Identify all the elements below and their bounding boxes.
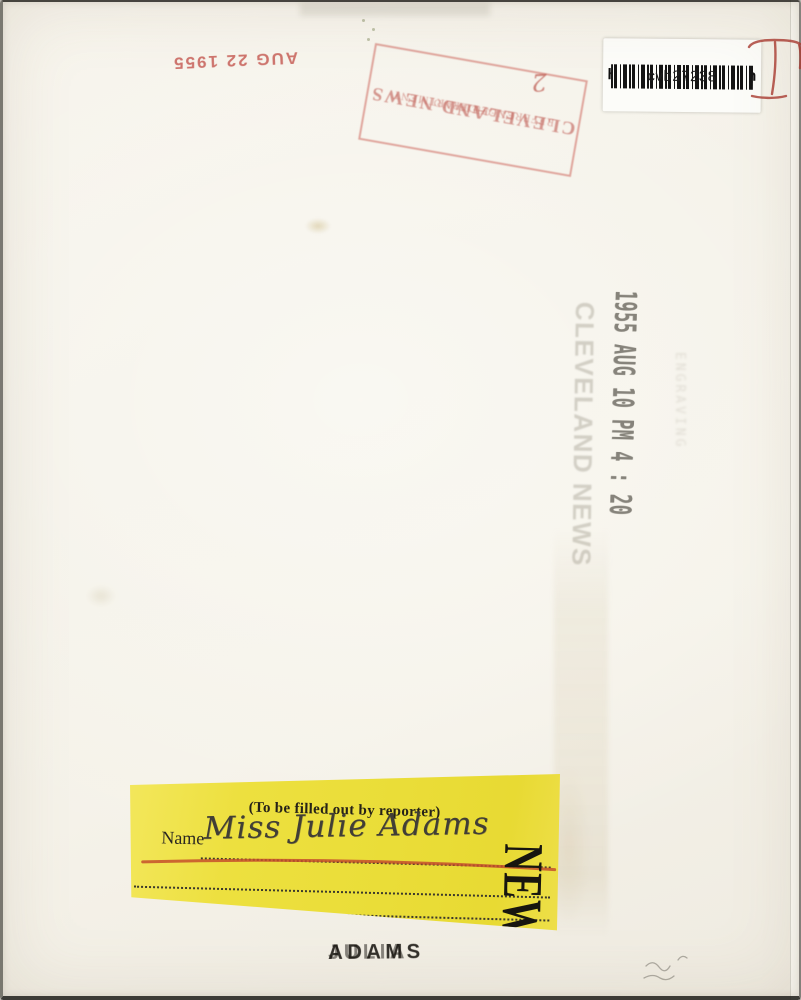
red-numeral-strokes (744, 34, 801, 110)
reference-dept-stamp: CLEVELAND NEWS REFERENCE DEPARTMENT CLEV… (358, 43, 588, 177)
sticker-code-text: cvb27238 (647, 67, 716, 85)
masthead-fragment: NEW (497, 843, 547, 932)
develop-date-stamp: AUG 22 1955 (170, 45, 299, 73)
reporter-label: (To be filled out by reporter) Name Miss… (127, 774, 560, 932)
paper-stain (305, 218, 331, 234)
scan-edge-strip (790, 0, 799, 1000)
paper-streak (554, 528, 608, 938)
name-stamp-last: ADAMS (328, 940, 425, 965)
name-field-label: Name (161, 827, 205, 849)
received-date-stamp: 1955 AUG 10 PM 4 : 20 (605, 290, 640, 516)
ghost-imprint-engraving: ENGRAVING (673, 352, 686, 449)
pencil-scribble (638, 946, 700, 990)
reporter-label-content: (To be filled out by reporter) Name Miss… (127, 774, 560, 932)
pencil-speck (372, 28, 375, 31)
pencil-speck (367, 38, 370, 41)
barcode-sticker: historicimages.com cvb27238 (603, 38, 762, 113)
name-field-value: Miss Julie Adams (203, 806, 489, 847)
paper-smudge (300, 2, 490, 16)
photo-back-scan: AUG 22 1955 CLEVELAND NEWS REFERENCE DEP… (0, 0, 801, 1000)
paper-stain (86, 585, 116, 607)
handwritten-number: 2 (531, 68, 547, 97)
red-corner-mark: I (744, 34, 801, 110)
ghost-imprint-cleveland-news: CLEVELAND NEWS (568, 302, 598, 567)
pencil-speck (362, 19, 365, 22)
